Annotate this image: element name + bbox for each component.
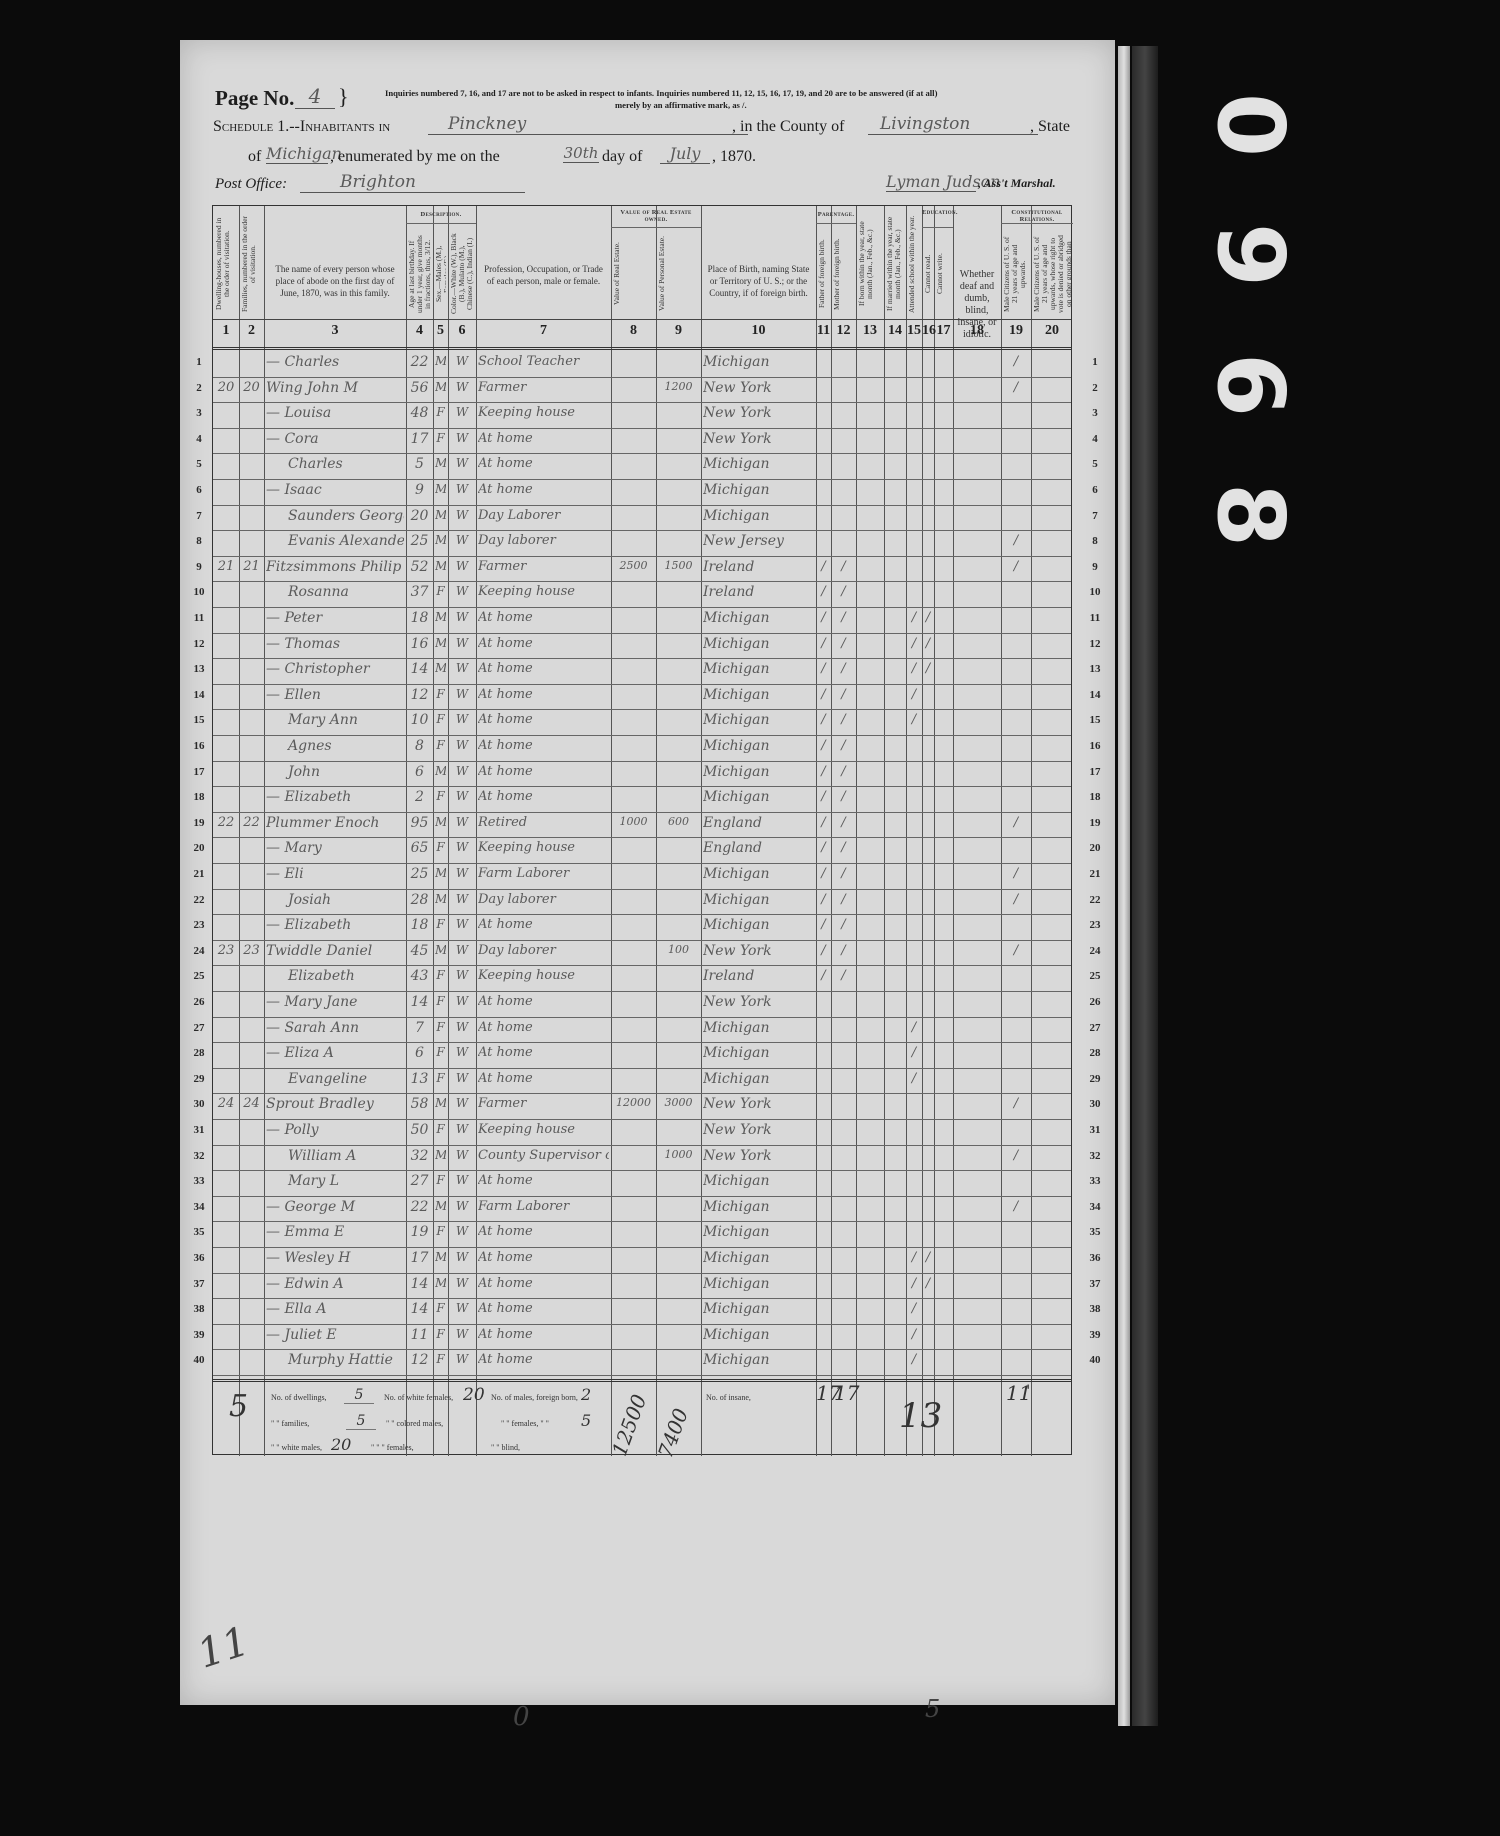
- age: 18: [408, 610, 431, 626]
- column-number: 2: [239, 323, 264, 339]
- attended-school: /: [908, 1352, 920, 1367]
- header-rule-double: [213, 347, 1071, 350]
- person-name: Agnes: [266, 738, 404, 754]
- row-rule: [213, 1145, 1071, 1146]
- row-rule: [213, 1273, 1071, 1274]
- row-rule: [213, 965, 1071, 966]
- sex: M: [435, 508, 446, 522]
- color: W: [450, 508, 474, 522]
- sex: F: [435, 1224, 446, 1238]
- row-rule: [213, 633, 1071, 634]
- marshal-signature: Lyman Judson: [886, 172, 976, 192]
- person-name: Josiah: [266, 892, 404, 908]
- person-name: — Elizabeth: [266, 917, 404, 933]
- row-number-left: 11: [187, 612, 211, 624]
- sex: M: [435, 943, 446, 957]
- column-header-15: Attended school within the year.: [908, 213, 920, 315]
- row-number-right: 11: [1083, 612, 1107, 624]
- place-of-birth: New York: [703, 943, 814, 959]
- age: 17: [408, 1250, 431, 1266]
- group-rule: [611, 227, 701, 228]
- column-number: 20: [1031, 323, 1073, 339]
- row-number-right: 4: [1083, 433, 1107, 445]
- male-citizen-21: /: [1003, 943, 1029, 958]
- dwelling-number: 22: [215, 815, 237, 830]
- sex: M: [435, 533, 446, 547]
- sex: M: [435, 636, 446, 650]
- real-estate-value: 12000: [613, 1096, 654, 1109]
- row-number-left: 12: [187, 638, 211, 650]
- families-count: 5: [346, 1413, 376, 1430]
- mother-foreign: /: [833, 892, 854, 907]
- age: 22: [408, 1199, 431, 1215]
- column-number: 1: [213, 323, 239, 339]
- row-rule: [213, 1247, 1071, 1248]
- row-rule: [213, 453, 1071, 454]
- column-header-20: Male Citizens of U. S. of 21 years of ag…: [1033, 233, 1071, 315]
- mother-foreign: /: [833, 764, 854, 779]
- row-number-right: 16: [1083, 740, 1107, 752]
- row-rule: [213, 1375, 1071, 1376]
- row-number-left: 27: [187, 1022, 211, 1034]
- parentage-group: Parentage.: [816, 211, 856, 218]
- mother-foreign: /: [833, 866, 854, 881]
- age: 2: [408, 789, 431, 805]
- census-table: Dwelling-houses, numbered in the order o…: [212, 205, 1072, 1455]
- column-rule: [406, 206, 407, 1456]
- age: 58: [408, 1096, 431, 1112]
- row-number-left: 30: [187, 1098, 211, 1110]
- color: W: [450, 994, 474, 1008]
- film-edge-dark: [1132, 46, 1158, 1726]
- color: W: [450, 533, 474, 547]
- person-name: Charles: [266, 456, 404, 472]
- row-number-right: 34: [1083, 1201, 1107, 1213]
- place-of-birth: Michigan: [703, 866, 814, 882]
- sex: M: [435, 1250, 446, 1264]
- mother-foreign: /: [833, 815, 854, 830]
- column-header-2: Families, numbered in the order of visit…: [241, 213, 262, 315]
- occupation: At home: [478, 1301, 609, 1316]
- row-number-left: 31: [187, 1124, 211, 1136]
- row-number-left: 32: [187, 1150, 211, 1162]
- person-name: Twiddle Daniel: [266, 943, 404, 959]
- column-rule: [1001, 206, 1002, 1456]
- real-estate-total: 12500: [607, 1391, 651, 1459]
- column-header-19: Male Citizens of U. S. of 21 years of ag…: [1003, 233, 1029, 315]
- personal-estate-value: 3000: [658, 1096, 699, 1109]
- father-foreign: /: [818, 687, 829, 702]
- column-number: 5: [433, 323, 448, 339]
- film-edge: [1118, 46, 1130, 1726]
- row-number-right: 23: [1083, 919, 1107, 931]
- column-rule: [906, 206, 907, 1456]
- row-number-left: 39: [187, 1329, 211, 1341]
- attended-school: /: [908, 1250, 920, 1265]
- page-number-label: Page No.: [215, 86, 294, 111]
- person-name: — Thomas: [266, 636, 404, 652]
- column-rule: [934, 206, 935, 1456]
- column-rule: [264, 206, 265, 1456]
- color: W: [450, 456, 474, 470]
- color: W: [450, 687, 474, 701]
- occupation: School Teacher: [478, 354, 609, 369]
- person-name: John: [266, 764, 404, 780]
- place-of-birth: Michigan: [703, 1352, 814, 1368]
- color: W: [450, 584, 474, 598]
- row-rule: [213, 377, 1071, 378]
- age: 56: [408, 380, 431, 396]
- male-citizen-21: /: [1003, 892, 1029, 907]
- females-foreign-count: 5: [581, 1411, 591, 1430]
- column-rule: [656, 206, 657, 1456]
- instructions-line-2: merely by an affirmative mark, as /.: [615, 100, 747, 110]
- color: W: [450, 610, 474, 624]
- sex: M: [435, 661, 446, 675]
- family-number: 23: [241, 943, 262, 958]
- place-of-birth: New York: [703, 1122, 814, 1138]
- place-of-birth: New Jersey: [703, 533, 814, 549]
- row-rule: [213, 581, 1071, 582]
- row-rule: [213, 914, 1071, 915]
- row-number-right: 35: [1083, 1226, 1107, 1238]
- father-foreign: /: [818, 815, 829, 830]
- person-name: Elizabeth: [266, 968, 404, 984]
- females-foreign-label: " " females, " ": [501, 1419, 549, 1428]
- occupation: Farm Laborer: [478, 866, 609, 881]
- real-estate-value: 1000: [613, 815, 654, 828]
- person-name: — Eli: [266, 866, 404, 882]
- age: 25: [408, 533, 431, 549]
- marshal-label: , Ass't Marshal.: [978, 176, 1056, 191]
- row-number-left: 25: [187, 970, 211, 982]
- row-number-right: 1: [1083, 356, 1107, 368]
- person-name: — Edwin A: [266, 1276, 404, 1292]
- dwelling-number: 24: [215, 1096, 237, 1111]
- occupation: At home: [478, 994, 609, 1009]
- mother-foreign: /: [833, 584, 854, 599]
- color: W: [450, 1327, 474, 1341]
- person-name: — Polly: [266, 1122, 404, 1138]
- place-of-birth: Michigan: [703, 1327, 814, 1343]
- occupation: At home: [478, 1352, 609, 1367]
- column-number: 3: [264, 323, 406, 339]
- row-number-left: 22: [187, 894, 211, 906]
- father-foreign: /: [818, 738, 829, 753]
- row-number-left: 16: [187, 740, 211, 752]
- age: 25: [408, 866, 431, 882]
- color: W: [450, 1122, 474, 1136]
- occupation: At home: [478, 1071, 609, 1086]
- color: W: [450, 968, 474, 982]
- place-of-birth: Michigan: [703, 610, 814, 626]
- occupation: At home: [478, 1045, 609, 1060]
- color: W: [450, 661, 474, 675]
- color: W: [450, 1224, 474, 1238]
- color: W: [450, 1096, 474, 1110]
- person-name: — George M: [266, 1199, 404, 1215]
- person-name: William A: [266, 1148, 404, 1164]
- row-rule: [213, 428, 1071, 429]
- row-number-right: 28: [1083, 1047, 1107, 1059]
- person-name: — Wesley H: [266, 1250, 404, 1266]
- row-rule: [213, 1042, 1071, 1043]
- person-name: — Mary: [266, 840, 404, 856]
- mother-foreign: /: [833, 968, 854, 983]
- row-number-left: 18: [187, 791, 211, 803]
- post-office-label: Post Office:: [215, 176, 287, 193]
- sex: M: [435, 610, 446, 624]
- age: 17: [408, 431, 431, 447]
- place-of-birth: Michigan: [703, 1045, 814, 1061]
- row-number-right: 32: [1083, 1150, 1107, 1162]
- place-of-birth: Michigan: [703, 687, 814, 703]
- row-rule: [213, 1298, 1071, 1299]
- row-number-left: 19: [187, 817, 211, 829]
- colored-males-label: " " colored males,: [386, 1419, 443, 1428]
- person-name: — Louisa: [266, 405, 404, 421]
- place-of-birth: Michigan: [703, 354, 814, 370]
- row-number-left: 35: [187, 1226, 211, 1238]
- mother-foreign: /: [833, 610, 854, 625]
- occupation: At home: [478, 687, 609, 702]
- father-foreign: /: [818, 764, 829, 779]
- personal-estate-value: 1200: [658, 380, 699, 393]
- row-number-right: 22: [1083, 894, 1107, 906]
- cannot-read: /: [924, 610, 932, 625]
- age: 6: [408, 1045, 431, 1061]
- schedule-label: Schedule 1.--Inhabitants in: [213, 118, 390, 136]
- row-number-left: 26: [187, 996, 211, 1008]
- age: 5: [408, 456, 431, 472]
- row-rule: [213, 991, 1071, 992]
- place-of-birth: Michigan: [703, 1276, 814, 1292]
- row-number-left: 23: [187, 919, 211, 931]
- occupation: Day laborer: [478, 892, 609, 907]
- father-foreign: /: [818, 866, 829, 881]
- row-number-right: 13: [1083, 663, 1107, 675]
- color: W: [450, 712, 474, 726]
- page-brace: }: [338, 84, 349, 110]
- occupation: Keeping house: [478, 840, 609, 855]
- mother-foreign: /: [833, 687, 854, 702]
- family-number: 21: [241, 559, 262, 574]
- place-of-birth: Michigan: [703, 1199, 814, 1215]
- column-number: 10: [701, 323, 816, 339]
- attended-school: /: [908, 712, 920, 727]
- sex: F: [435, 917, 446, 931]
- occupation: At home: [478, 610, 609, 625]
- cannot-read: /: [924, 661, 932, 676]
- row-number-right: 20: [1083, 842, 1107, 854]
- attended-school: /: [908, 610, 920, 625]
- father-foreign: /: [818, 712, 829, 727]
- sex: M: [435, 456, 446, 470]
- attended-school: /: [908, 661, 920, 676]
- father-foreign: /: [818, 584, 829, 599]
- occupation: At home: [478, 636, 609, 651]
- sex: M: [435, 1148, 446, 1162]
- cannot-read: /: [924, 1250, 932, 1265]
- row-rule: [213, 1196, 1071, 1197]
- row-number-right: 40: [1083, 1354, 1107, 1366]
- attended-school: /: [908, 1071, 920, 1086]
- sex: F: [435, 1173, 446, 1187]
- sex: F: [435, 584, 446, 598]
- row-number-right: 17: [1083, 766, 1107, 778]
- row-number-left: 36: [187, 1252, 211, 1264]
- row-number-left: 38: [187, 1303, 211, 1315]
- person-name: Rosanna: [266, 584, 404, 600]
- males-foreign-label: No. of males, foreign born,: [491, 1393, 578, 1402]
- age: 16: [408, 636, 431, 652]
- place-of-birth: New York: [703, 994, 814, 1010]
- dwellings-label: No. of dwellings,: [271, 1393, 327, 1402]
- row-number-left: 17: [187, 766, 211, 778]
- row-number-left: 1: [187, 356, 211, 368]
- sex: M: [435, 1199, 446, 1213]
- row-number-left: 9: [187, 561, 211, 573]
- row-rule: [213, 1017, 1071, 1018]
- sex: F: [435, 1352, 446, 1366]
- post-office-field: Brighton: [300, 172, 525, 193]
- age: 20: [408, 508, 431, 524]
- column-rule: [816, 206, 817, 1456]
- row-number-right: 39: [1083, 1329, 1107, 1341]
- age: 7: [408, 1020, 431, 1036]
- color: W: [450, 815, 474, 829]
- color: W: [450, 1276, 474, 1290]
- column-number: 6: [448, 323, 476, 339]
- place-of-birth: New York: [703, 405, 814, 421]
- occupation: At home: [478, 1250, 609, 1265]
- place-of-birth: Michigan: [703, 892, 814, 908]
- sex: M: [435, 482, 446, 496]
- group-rule: [1001, 223, 1073, 224]
- occupation: At home: [478, 1276, 609, 1291]
- color: W: [450, 636, 474, 650]
- age: 9: [408, 482, 431, 498]
- male-citizen-21: /: [1003, 866, 1029, 881]
- male-citizen-21: /: [1003, 380, 1029, 395]
- column-header-14: If married within the year, state month …: [886, 213, 904, 315]
- column-number: 8: [611, 323, 656, 339]
- row-rule: [213, 709, 1071, 710]
- row-number-left: 8: [187, 535, 211, 547]
- row-number-left: 40: [187, 1354, 211, 1366]
- sex: M: [435, 866, 446, 880]
- column-rule: [831, 206, 832, 1456]
- row-number-left: 21: [187, 868, 211, 880]
- males-foreign-count: 2: [581, 1385, 591, 1404]
- color: W: [450, 943, 474, 957]
- row-number-right: 15: [1083, 714, 1107, 726]
- sex: F: [435, 994, 446, 1008]
- county-field: Livingston: [868, 114, 1038, 135]
- row-number-right: 36: [1083, 1252, 1107, 1264]
- row-number-left: 13: [187, 663, 211, 675]
- enumerated-label: , enumerated by me on the: [330, 148, 500, 166]
- row-number-left: 10: [187, 586, 211, 598]
- color: W: [450, 1199, 474, 1213]
- column-rule: [856, 206, 857, 1456]
- attended-school: /: [908, 1045, 920, 1060]
- occupation: At home: [478, 661, 609, 676]
- column-number: 15: [906, 323, 922, 339]
- place-of-birth: Michigan: [703, 789, 814, 805]
- attended-school: /: [908, 1327, 920, 1342]
- sex: M: [435, 1276, 446, 1290]
- father-foreign: /: [818, 840, 829, 855]
- occupation: Day laborer: [478, 943, 609, 958]
- occupation: At home: [478, 1327, 609, 1342]
- row-number-left: 33: [187, 1175, 211, 1187]
- county-label: , in the County of: [732, 118, 844, 136]
- male-citizen-21: /: [1003, 1199, 1029, 1214]
- person-name: Evanis Alexander: [266, 533, 404, 549]
- person-name: — Sarah Ann: [266, 1020, 404, 1036]
- row-rule: [213, 812, 1071, 813]
- column-number: 11: [816, 323, 831, 339]
- place-of-birth: Ireland: [703, 584, 814, 600]
- age: 14: [408, 994, 431, 1010]
- column-number: 18: [953, 323, 1001, 339]
- column-rule: [953, 206, 954, 1456]
- father-foreign: /: [818, 661, 829, 676]
- age: 32: [408, 1148, 431, 1164]
- occupation: At home: [478, 1173, 609, 1188]
- row-rule: [213, 1324, 1071, 1325]
- age: 14: [408, 1276, 431, 1292]
- row-number-right: 26: [1083, 996, 1107, 1008]
- occupation: At home: [478, 482, 609, 497]
- row-rule: [213, 607, 1071, 608]
- sex: M: [435, 354, 446, 368]
- row-rule: [213, 1068, 1071, 1069]
- instructions-line-1: Inquiries numbered 7, 16, and 17 are not…: [385, 88, 937, 98]
- column-header-7: Profession, Occupation, or Trade of each…: [480, 263, 607, 287]
- row-number-left: 15: [187, 714, 211, 726]
- father-foreign: /: [818, 610, 829, 625]
- person-name: — Emma E: [266, 1224, 404, 1240]
- age: 65: [408, 840, 431, 856]
- row-number-right: 38: [1083, 1303, 1107, 1315]
- color: W: [450, 1173, 474, 1187]
- row-number-left: 28: [187, 1047, 211, 1059]
- row-number-right: 8: [1083, 535, 1107, 547]
- person-name: — Ellen: [266, 687, 404, 703]
- row-number-right: 31: [1083, 1124, 1107, 1136]
- person-name: Plummer Enoch: [266, 815, 404, 831]
- place-of-birth: Michigan: [703, 636, 814, 652]
- column-number: 13: [856, 323, 884, 339]
- page-number: 4: [295, 84, 335, 109]
- row-rule: [213, 786, 1071, 787]
- white-females-count: 20: [463, 1385, 485, 1405]
- dwelling-number: 21: [215, 559, 237, 574]
- summary-column1-total: 5: [229, 1389, 248, 1424]
- column-header-3: The name of every person whose place of …: [268, 263, 402, 299]
- place-of-birth: New York: [703, 431, 814, 447]
- sex: M: [435, 815, 446, 829]
- column-header-17: Cannot write.: [936, 233, 951, 315]
- color: W: [450, 892, 474, 906]
- age: 28: [408, 892, 431, 908]
- color: W: [450, 764, 474, 778]
- place-of-birth: Michigan: [703, 738, 814, 754]
- mother-foreign: /: [833, 559, 854, 574]
- row-rule: [213, 505, 1071, 506]
